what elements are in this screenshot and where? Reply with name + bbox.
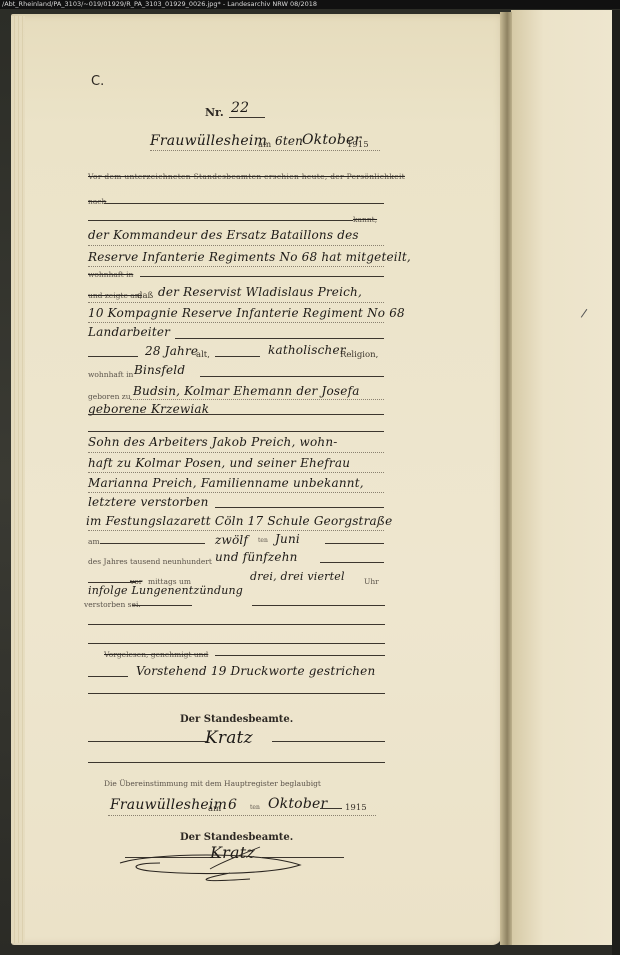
rule: [200, 376, 384, 377]
printed-uhr: Uhr: [364, 577, 379, 586]
cert-ten: ten: [250, 804, 260, 811]
rule: [320, 562, 384, 563]
cause-of-death: infolge Lungenentzündung: [88, 584, 243, 597]
rule: [320, 808, 342, 809]
dotted-rule: [88, 245, 384, 246]
cert-year: 1915: [345, 803, 367, 813]
deceased-line-2: 10 Kompagnie Reserve Infanterie Regiment…: [88, 306, 405, 320]
dotted-rule: [88, 302, 384, 303]
rule: [100, 543, 205, 544]
death-time: drei, drei viertel: [250, 570, 345, 583]
cert-month: Oktober: [268, 796, 327, 812]
printed-geboren-zu: geboren zu: [88, 392, 131, 401]
struck-zeigte-an: und zeigte an,: [88, 291, 142, 300]
dotted-rule: [108, 815, 376, 816]
rule: [88, 431, 384, 432]
rule: [215, 507, 384, 508]
header-am: am: [258, 140, 271, 150]
adjacent-page: [511, 10, 620, 945]
registrar-signature: Kratz: [205, 728, 253, 748]
record-number: 22: [231, 100, 249, 116]
residence: Binsfeld: [134, 363, 185, 377]
parents-line-3: Marianna Preich, Familienname unbekannt,: [88, 476, 364, 490]
scan-edge: [612, 10, 620, 955]
rule: [88, 741, 208, 742]
rule: [88, 356, 138, 357]
death-place: im Festungslazarett Cöln 17 Schule Georg…: [86, 514, 392, 528]
parents-line-2: haft zu Kolmar Posen, und seiner Ehefrau: [88, 456, 350, 470]
struck-wohnhaft: wohnhaft in: [88, 270, 133, 279]
informant-line-1: der Kommandeur des Ersatz Bataillons des: [88, 228, 359, 242]
rule: [175, 338, 384, 339]
section-letter: C.: [91, 74, 104, 89]
rule: [252, 605, 385, 606]
dotted-rule: [88, 472, 384, 473]
window-title: /Abt_Rheinland/PA_3103/~019/01929/R_PA_3…: [0, 0, 620, 9]
cert-am: am: [208, 804, 221, 814]
rule: [88, 624, 385, 625]
printed-year-prefix: des Jahres tausend neunhundert: [88, 557, 212, 566]
number-label: Nr.: [205, 106, 224, 119]
rule: [88, 220, 353, 221]
struck-intro: Vor dem unterzeichneten Standesbeamten e…: [88, 172, 405, 181]
rule: [132, 605, 192, 606]
rule: [104, 203, 384, 204]
struck-nach: nach: [88, 197, 106, 206]
dotted-rule: [88, 530, 384, 531]
printed-ten: ten: [258, 537, 268, 544]
header-place: Frauwüllesheim: [150, 133, 267, 149]
rule: [88, 414, 384, 415]
rule: [88, 676, 128, 677]
printed-dass: daß: [137, 291, 153, 301]
dotted-rule: [88, 266, 384, 267]
rule: [140, 276, 384, 277]
dotted-rule: [150, 150, 380, 151]
deceased-line-1: der Reservist Wladislaus Preich,: [158, 285, 362, 299]
dotted-rule: [130, 399, 384, 400]
dotted-rule: [88, 452, 384, 453]
religion: katholischer: [268, 343, 346, 357]
struck-vorgelesen: Vorgelesen, genehmigt und: [104, 650, 208, 659]
death-year: und fünfzehn: [215, 550, 298, 564]
signature-flourish: [110, 845, 310, 885]
death-day: zwölf: [215, 533, 248, 547]
rule: [272, 741, 385, 742]
parents-line-4: letztere verstorben: [88, 495, 209, 509]
struck-kannt: kannt,: [353, 215, 377, 224]
printed-wohnhaft-in: wohnhaft in: [88, 370, 133, 379]
printed-am: am: [88, 537, 100, 546]
birthplace: Budsin, Kolmar Ehemann der Josefa: [133, 384, 360, 398]
rule: [88, 762, 385, 763]
rule: [215, 356, 260, 357]
header-year: 1915: [347, 140, 369, 150]
rule: [325, 543, 384, 544]
printed-alt: alt,: [196, 350, 210, 360]
informant-line-2: Reserve Infanterie Regiments No 68 hat m…: [88, 250, 411, 264]
death-month: Juni: [275, 532, 300, 546]
rule: [229, 117, 265, 118]
header-day: 6ten: [275, 134, 303, 148]
certification-text: Die Übereinstimmung mit dem Hauptregiste…: [104, 779, 321, 788]
rule: [88, 643, 385, 644]
page-stack-edges: [11, 16, 25, 943]
dotted-rule: [88, 492, 384, 493]
remark: Vorstehend 19 Druckworte gestrichen: [136, 664, 375, 678]
occupation: Landarbeiter: [88, 325, 170, 339]
rule: [88, 582, 136, 583]
parents-line-1: Sohn des Arbeiters Jakob Preich, wohn-: [88, 435, 338, 449]
cert-day: 6: [228, 797, 237, 813]
printed-religion: Religion,: [340, 350, 378, 360]
registrar-label: Der Standesbeamte.: [180, 714, 293, 725]
age: 28 Jahre: [145, 344, 198, 358]
dotted-rule: [88, 322, 384, 323]
book-gutter: [500, 12, 512, 945]
cert-registrar-label: Der Standesbeamte.: [180, 832, 293, 843]
rule: [215, 655, 385, 656]
rule: [88, 693, 385, 694]
